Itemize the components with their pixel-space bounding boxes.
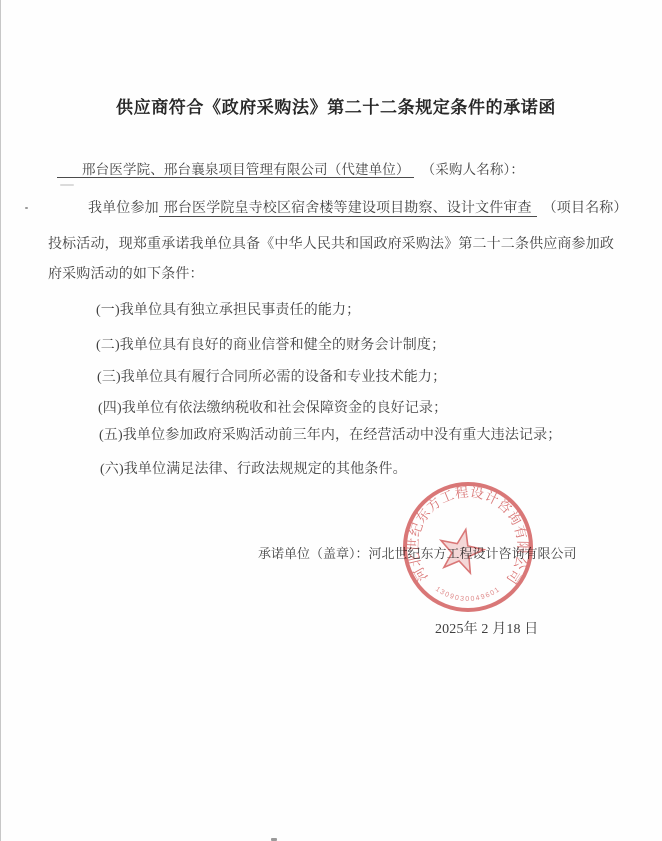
body-lead: 我单位参加 [88, 201, 159, 216]
salutation-line: 邢台医学院、邢台襄泉项目管理有限公司（代建单位）（采购人名称）： [57, 160, 524, 180]
body-line-3: 府采购活动的如下条件： [48, 265, 204, 285]
document-title: 供应商符合《政府采购法》第二十二条规定条件的承诺函 [10, 93, 662, 118]
project-name-underlined: 邢台医学院皇寺校区宿舍楼等建设项目勘察、设计文件审查 [159, 201, 537, 217]
purchaser-name-label: （采购人名称）： [422, 162, 524, 177]
seal-serial-number: 1309030049601 [434, 586, 502, 603]
signature-label: 承诺单位（盖章）： [258, 546, 369, 561]
scan-edge-line [0, 0, 1, 841]
body-line-2: 投标活动，现郑重承诺我单位具备《中华人民共和国政府采购法》第二十二条供应商参加政 [48, 235, 614, 255]
date-line: 2025年 2 月18 日 [435, 620, 538, 640]
purchaser-name-underlined: 邢台医学院、邢台襄泉项目管理有限公司（代建单位） [57, 162, 414, 178]
body-line-project: 我单位参加邢台医学院皇寺校区宿舍楼等建设项目勘察、设计文件审查（项目名称） [88, 199, 628, 219]
condition-item-3: (三)我单位具有履行合同所必需的设备和专业技术能力； [97, 368, 446, 388]
condition-item-2: (二)我单位具有良好的商业信誉和健全的财务会计制度； [96, 336, 445, 356]
scan-artifact [25, 207, 28, 209]
condition-item-5: (五)我单位参加政府采购活动前三年内，在经营活动中没有重大违法记录； [99, 426, 561, 446]
document-page: 供应商符合《政府采购法》第二十二条规定条件的承诺函 邢台医学院、邢台襄泉项目管理… [0, 0, 662, 841]
project-name-label: （项目名称） [543, 201, 628, 216]
scan-artifact [60, 184, 74, 186]
condition-item-1: (一)我单位具有独立承担民事责任的能力； [96, 301, 360, 321]
condition-item-6: (六)我单位满足法律、行政法规规定的其他条件。 [100, 460, 407, 480]
company-seal: 河北世纪东方工程设计咨询有限公司 1309030049601 [399, 480, 537, 618]
seal-star-icon [436, 525, 487, 575]
condition-item-4: (四)我单位有依法缴纳税收和社会保障资金的良好记录； [98, 399, 447, 419]
